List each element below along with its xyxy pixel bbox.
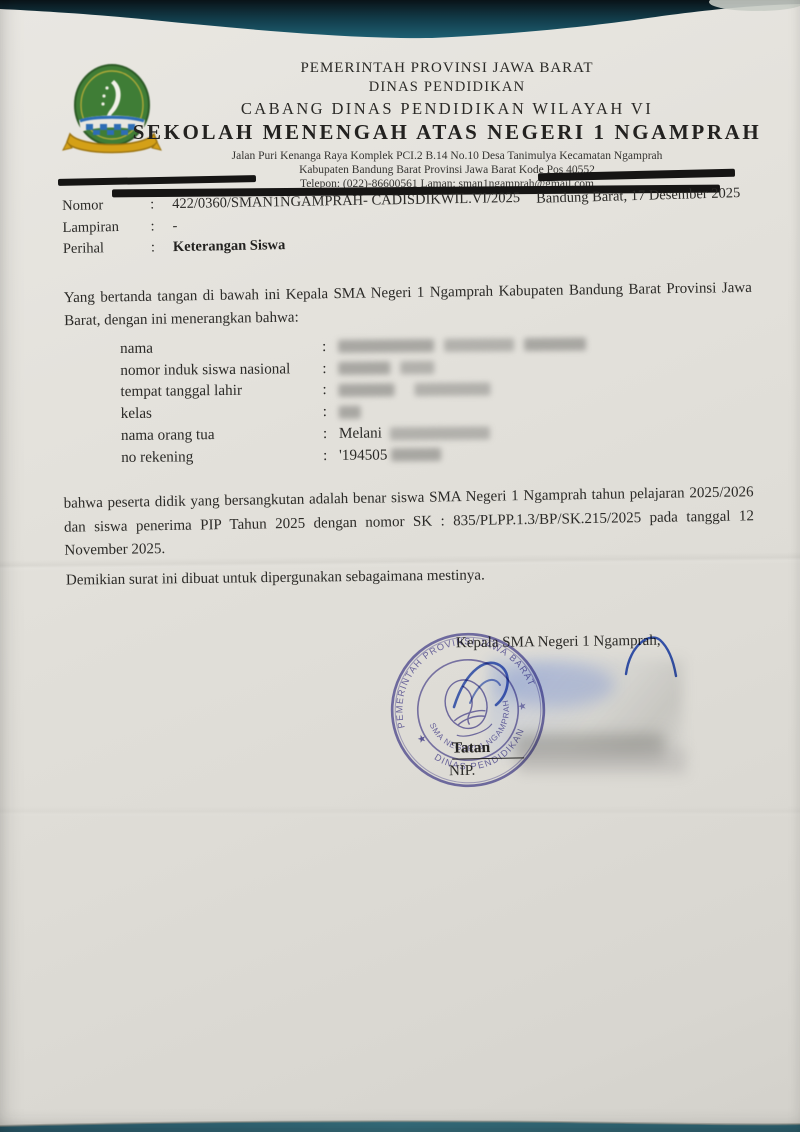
student-fields: nama : nomor induk siswa nasional : temp…	[120, 332, 701, 468]
statement-paragraph: bahwa peserta didik yang bersangkutan ad…	[63, 481, 754, 563]
letterhead-government: PEMERINTAH PROVINSI JAWA BARAT	[128, 60, 766, 77]
colon: :	[151, 237, 173, 259]
redaction-bar	[414, 382, 490, 396]
field-label: nama	[120, 338, 322, 358]
redaction-bar	[400, 361, 434, 374]
field-label: no rekening	[121, 447, 323, 467]
perihal-value: Keterangan Siswa	[173, 235, 286, 258]
redaction-bar	[338, 362, 390, 375]
colon: :	[323, 447, 339, 465]
opening-paragraph: Yang bertanda tangan di bawah ini Kepala…	[64, 277, 753, 332]
redaction-bar	[338, 339, 434, 353]
redaction-bar	[524, 338, 586, 352]
redaction-bar	[338, 383, 394, 397]
colon: :	[323, 403, 339, 421]
field-row-rekening: no rekening : '194505	[121, 441, 701, 468]
lampiran-value: -	[172, 215, 177, 237]
background-band-top	[0, 0, 800, 60]
colon: :	[322, 381, 338, 399]
letterhead-school-name: SEKOLAH MENENGAH ATAS NEGERI 1 NGAMPRAH	[128, 120, 766, 144]
field-label: nama orang tua	[121, 425, 323, 445]
signature-pen-stroke	[612, 626, 696, 686]
letterhead-branch: CABANG DINAS PENDIDIKAN WILAYAH VI	[128, 99, 766, 118]
field-value-redacted	[338, 338, 596, 353]
background-band-bottom	[0, 1116, 800, 1132]
closing-line: Demikian surat ini dibuat untuk dipergun…	[66, 564, 485, 592]
stamp-star-icon: ★	[416, 733, 428, 746]
colon: :	[322, 360, 338, 378]
redaction-bar	[391, 448, 441, 461]
signature-pen-flourish	[440, 645, 530, 725]
perihal-label: Perihal	[63, 237, 151, 260]
field-value: '194505	[339, 446, 451, 465]
field-value-redacted	[338, 361, 444, 375]
lampiran-label: Lampiran	[62, 216, 150, 239]
redaction-bar	[390, 426, 490, 440]
nip-label: NIP.	[449, 763, 476, 781]
field-value-redacted	[338, 382, 500, 397]
redaction-bar	[339, 405, 361, 418]
letter-photo: PEMERINTAH PROVINSI JAWA BARAT DINAS PEN…	[0, 0, 800, 1132]
colon: :	[322, 338, 338, 356]
redaction-bar	[444, 339, 514, 353]
field-value-redacted	[339, 405, 371, 418]
colon: :	[150, 216, 172, 238]
field-value-visible: '194505	[339, 446, 387, 464]
letterhead-address-1: Jalan Puri Kenanga Raya Komplek PCI.2 B.…	[128, 150, 766, 163]
letterhead-department: DINAS PENDIDIKAN	[128, 79, 766, 96]
nomor-label: Nomor	[62, 194, 150, 217]
field-value: Melani	[339, 423, 500, 443]
colon: :	[150, 194, 172, 216]
colon: :	[323, 425, 339, 443]
field-label: nomor induk siswa nasional	[120, 360, 322, 380]
field-label: tempat tanggal lahir	[120, 382, 322, 402]
paper-crease	[0, 806, 800, 818]
field-label: kelas	[121, 403, 323, 423]
letter-meta: Nomor : 422/0360/SMAN1NGAMPRAH- CADISDIK…	[62, 184, 741, 260]
signatory-name: Tatan	[452, 738, 525, 759]
field-value-visible: Melani	[339, 425, 382, 443]
